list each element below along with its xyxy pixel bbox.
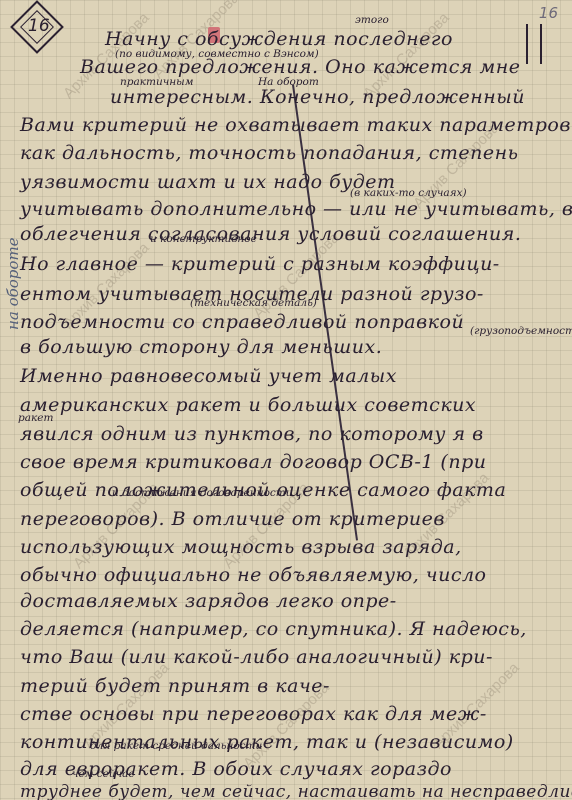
text-line: терий будет принят в каче- <box>20 677 560 696</box>
text-line: переговоров). В отличие от критериев <box>20 510 560 529</box>
text-line: стве основы при переговорах как для меж- <box>20 705 560 724</box>
text-line: свое время критиковал договор ОСВ-1 (при <box>20 453 560 472</box>
text-line: Вами критерий не охватывает таких параме… <box>20 116 560 135</box>
text-line: облегчения согласования условий соглашен… <box>20 225 560 244</box>
insertion: этого <box>355 14 389 26</box>
text-line: как дальность, точность попадания, степе… <box>20 144 560 163</box>
text-line: труднее будет, чем сейчас, настаивать на… <box>20 784 560 800</box>
text-line: Именно равновесомый учет малых <box>20 367 560 386</box>
text-line: что Ваш (или какой-либо аналогичный) кри… <box>20 648 560 667</box>
text-line: явился одним из пунктов, по которому я в <box>20 425 560 444</box>
manuscript-page: Архив Сахарова Архив Сахарова Архив Саха… <box>0 0 572 800</box>
text-line: уязвимости шахт и их надо будет <box>20 173 560 192</box>
text-line: использующих мощность взрыва заряда, <box>20 538 560 557</box>
text-line: для евроракет. В обоих случаях гораздо <box>20 760 560 779</box>
page-number: 16 <box>28 16 50 36</box>
text-line: американских ракет и больших советских <box>20 396 560 415</box>
text-line: подъемности со справедливой поправкой <box>20 313 560 332</box>
text-line: общей положительной оценке самого факта <box>20 481 560 500</box>
text-line: обычно официально не объявляемую, число <box>20 566 560 585</box>
text-line: в большую сторону для меньших. <box>20 338 560 357</box>
text-line: континентальных ракет, так и (независимо… <box>20 733 560 752</box>
text-line: ентом учитывает носители разной грузо- <box>20 285 560 304</box>
text-line: Начну с обсуждения последнего <box>105 30 560 49</box>
text-line: учитывать дополнительно — или не учитыва… <box>20 200 560 219</box>
text-line: Вашего предложения. Оно кажется мне <box>80 58 560 77</box>
text-line: доставляемых зарядов легко опре- <box>20 592 560 611</box>
text-line: Но главное — критерий с разным коэффици- <box>20 255 560 274</box>
text-line: деляется (например, со спутника). Я наде… <box>20 620 560 639</box>
text-line: интересным. Конечно, предложенный <box>110 88 560 107</box>
folio-number: 16 <box>539 4 558 22</box>
